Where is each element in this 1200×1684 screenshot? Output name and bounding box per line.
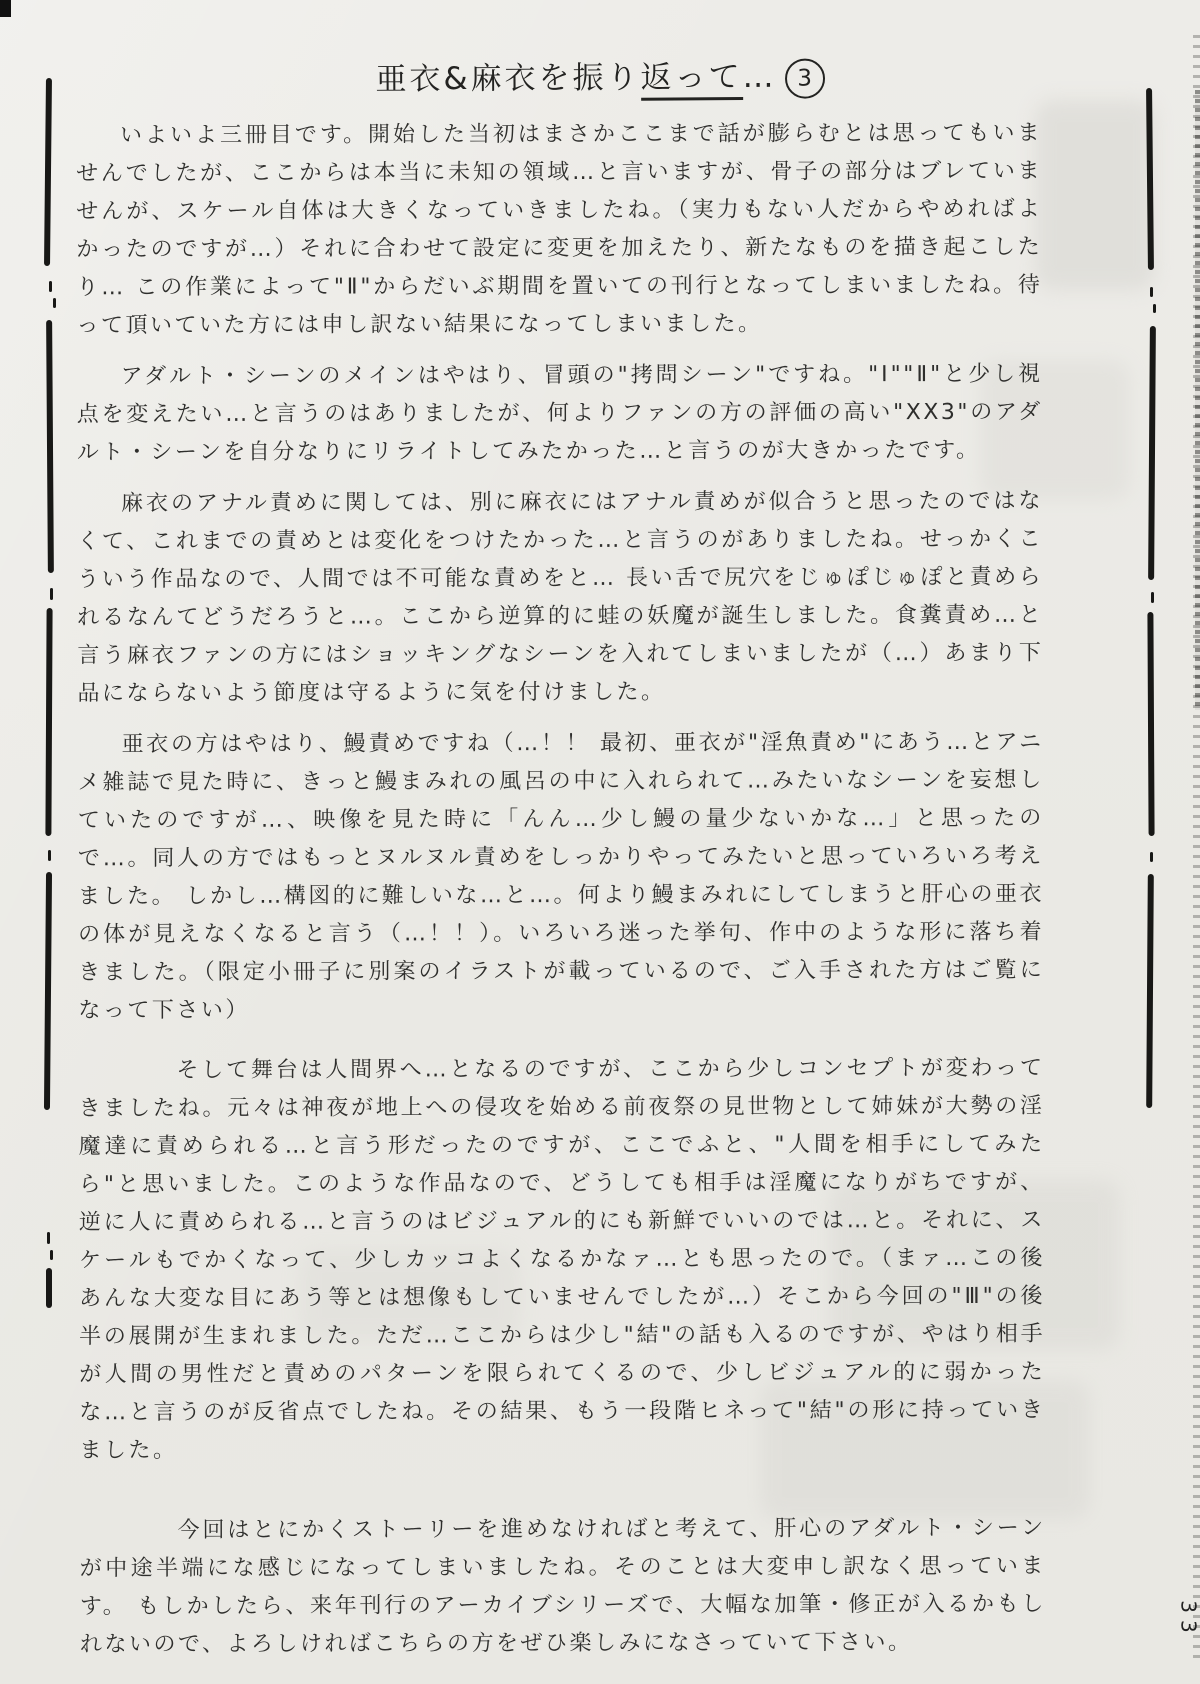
page-number: 33 — [1176, 1600, 1200, 1639]
right-brush-dash — [1153, 304, 1156, 313]
paragraph-5: そして舞台は人間界へ…となるのですが、ここから少しコンセプトが変わってきましたね… — [78, 1050, 1045, 1471]
left-brush-dash — [50, 588, 53, 600]
right-brush-dash — [1151, 592, 1154, 603]
left-brush-dash — [48, 850, 51, 861]
right-brush-rule — [1147, 612, 1154, 836]
left-brush-dash — [47, 1232, 50, 1244]
scan-corner-mark — [0, 0, 11, 17]
paragraph-2: アダルト・シーンのメインはやはり、冒頭の"拷問シーン"ですね。"Ⅰ""Ⅱ"と少し… — [77, 356, 1043, 473]
paragraph-3: 麻衣のアナル責めに関しては、別に麻衣にはアナル責めが似合うと思ったのではなくて、… — [77, 483, 1044, 714]
page-edge-texture — [1195, 90, 1200, 710]
afterword-text: いよいよ三冊目です。開始した当初はまさかここまで話が膨らむとは思ってもいませんで… — [76, 115, 1046, 1678]
paragraph-1: いよいよ三冊目です。開始した当初はまさかここまで話が膨らむとは思ってもいませんで… — [76, 115, 1043, 346]
left-brush-dash — [53, 298, 56, 308]
page-title-text: 亜衣&麻衣を振り — [375, 60, 640, 98]
left-brush-rule — [45, 608, 52, 836]
left-brush-dash — [50, 1250, 53, 1260]
issue-number-circle: 3 — [784, 58, 824, 98]
paragraph-4: 亜衣の方はやはり、鰻責めですね（…！！ 最初、亜衣が"淫魚責め"にあう…とアニメ… — [78, 724, 1045, 1031]
left-brush-dash — [49, 281, 52, 292]
page-title: 亜衣&麻衣を振り返って…3 — [0, 48, 1200, 104]
right-brush-dash — [1150, 852, 1153, 862]
page-title-ellipsis: … — [742, 59, 776, 95]
page-title-underlined-text: 返って — [640, 59, 742, 101]
bleed-through-mark — [1035, 100, 1155, 290]
right-brush-dash — [1150, 287, 1153, 297]
left-brush-rule — [46, 1268, 52, 1308]
paragraph-6: 今回はとにかくストーリーを進めなければと考えて、肝心のアダルト・シーンが中途半端… — [80, 1510, 1046, 1665]
